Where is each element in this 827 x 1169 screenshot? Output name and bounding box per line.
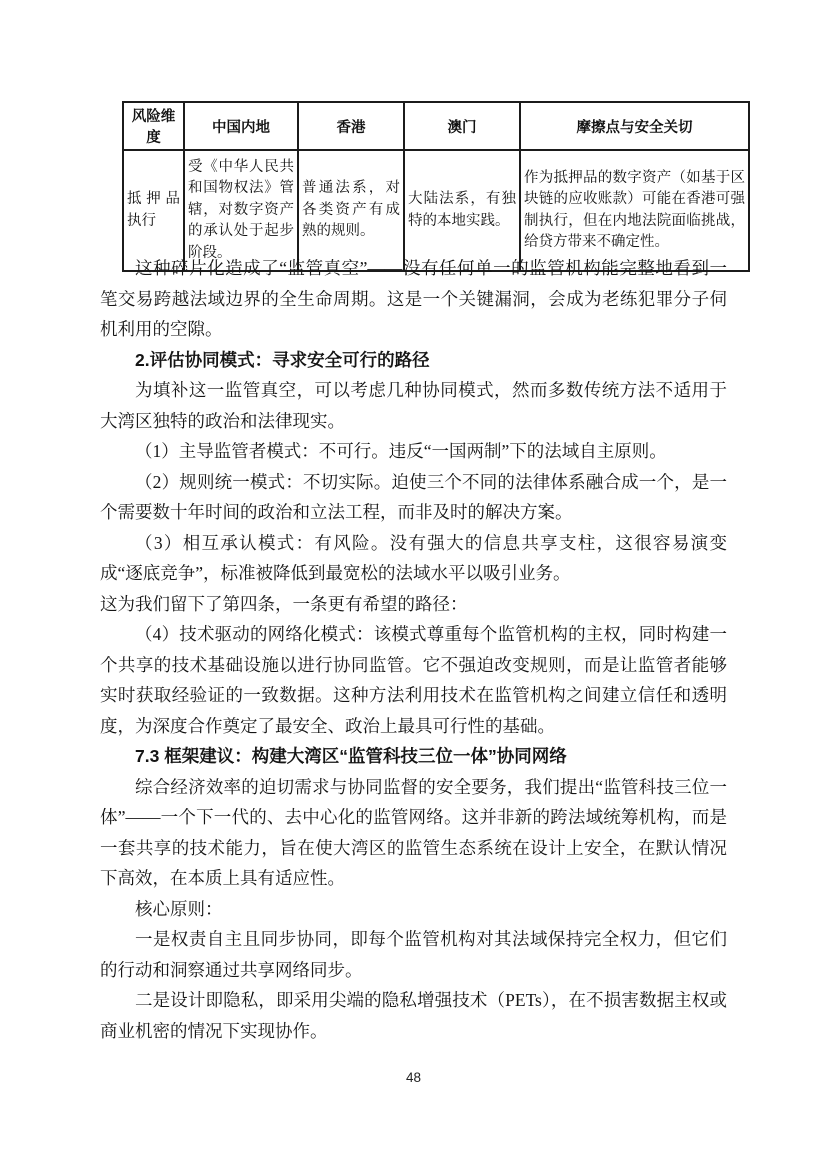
paragraph: 这种碎片化造成了“监管真空”——没有任何单一的监管机构能完整地看到一笔交易跨越法… — [100, 253, 727, 345]
paragraph: （1）主导监管者模式：不可行。违反“一国两制”下的法域自主原则。 — [100, 436, 727, 467]
paragraph: 这为我们留下了第四条，一条更有希望的路径： — [100, 589, 727, 620]
table-header-cell: 摩擦点与安全关切 — [520, 102, 749, 150]
table-header-cell: 风险维度 — [123, 102, 184, 150]
page-number: 48 — [0, 1070, 827, 1085]
document-page: 风险维度中国内地香港澳门摩擦点与安全关切 抵押品执行受《中华人民共和国物权法》管… — [0, 0, 827, 1169]
table-header-cell: 澳门 — [404, 102, 520, 150]
section-heading: 7.3 框架建议：构建大湾区“监管科技三位一体”协同网络 — [100, 741, 727, 772]
paragraph: 综合经济效率的迫切需求与协同监督的安全要务，我们提出“监管科技三位一体”——一个… — [100, 772, 727, 894]
paragraph: （4）技术驱动的网络化模式：该模式尊重每个监管机构的主权，同时构建一个共享的技术… — [100, 619, 727, 741]
document-body: 这种碎片化造成了“监管真空”——没有任何单一的监管机构能完整地看到一笔交易跨越法… — [100, 253, 727, 1046]
paragraph: （2）规则统一模式：不切实际。迫使三个不同的法律体系融合成一个，是一个需要数十年… — [100, 467, 727, 528]
table-header-row: 风险维度中国内地香港澳门摩擦点与安全关切 — [123, 102, 749, 150]
table-header-cell: 中国内地 — [184, 102, 298, 150]
table-header-cell: 香港 — [298, 102, 404, 150]
paragraph: 二是设计即隐私，即采用尖端的隐私增强技术（PETs），在不损害数据主权或商业机密… — [100, 985, 727, 1046]
paragraph: （3）相互承认模式：有风险。没有强大的信息共享支柱，这很容易演变成“逐底竞争”，… — [100, 528, 727, 589]
paragraph: 核心原则： — [100, 894, 727, 925]
paragraph: 一是权责自主且同步协同，即每个监管机构对其法域保持完全权力，但它们的行动和洞察通… — [100, 924, 727, 985]
paragraph: 为填补这一监管真空，可以考虑几种协同模式，然而多数传统方法不适用于大湾区独特的政… — [100, 375, 727, 436]
risk-comparison-table: 风险维度中国内地香港澳门摩擦点与安全关切 抵押品执行受《中华人民共和国物权法》管… — [122, 101, 750, 272]
section-heading: 2.评估协同模式：寻求安全可行的路径 — [100, 345, 727, 376]
